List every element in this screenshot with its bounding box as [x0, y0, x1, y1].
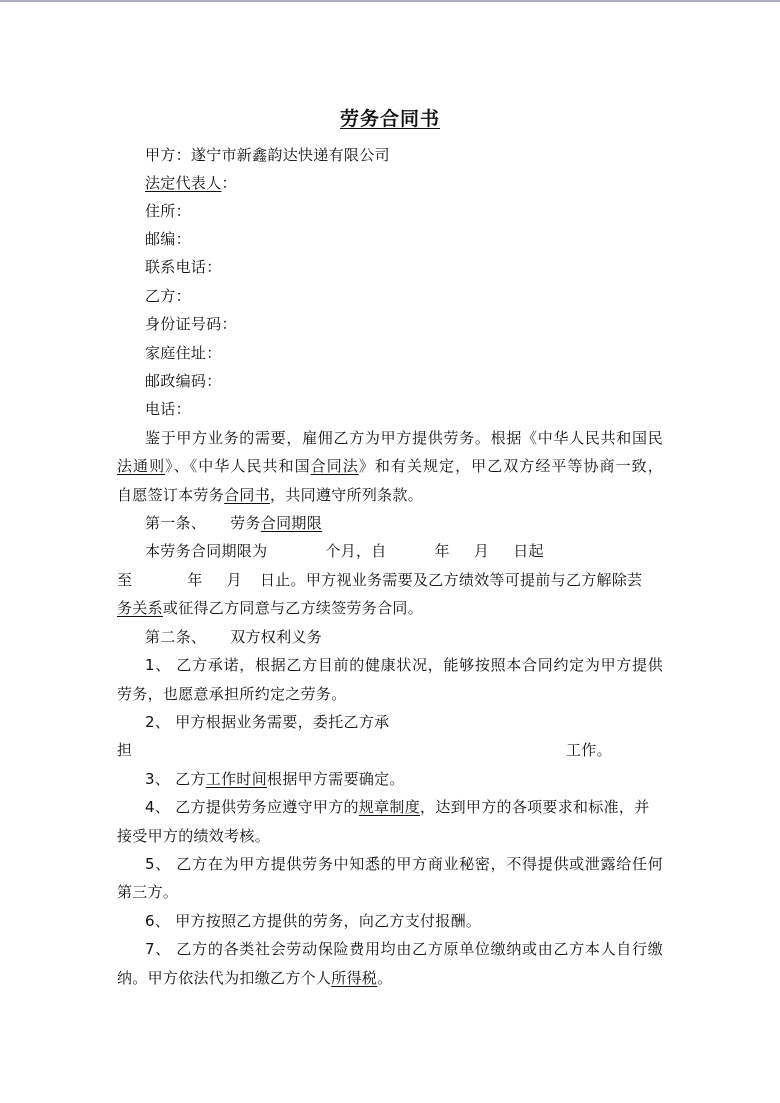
article-2-heading: 第二条、双方权利义务: [145, 627, 322, 647]
contract-book-text: 合同书: [224, 486, 270, 504]
party-a-label: 甲方：: [145, 146, 191, 164]
income-tax-text: 所得税: [331, 969, 377, 987]
representative-line: 法定代表人：: [145, 173, 237, 193]
clause-2-line-1: 2、 甲方根据业务需要，委托乙方承: [145, 712, 389, 732]
clause-5-line-1: 5、 乙方在为甲方提供劳务中知悉的甲方商业秘密，不得提供或泄露给任何: [145, 854, 663, 874]
civil-law-text: 法通则: [117, 457, 165, 475]
term-line-2: 至年月日止。甲方视业务需要及乙方绩效等可提前与乙方解除芸: [117, 570, 642, 590]
text: 或征得乙方同意与乙方续签劳务合同。: [163, 599, 423, 617]
party-b-postcode-label: 邮政编码：: [145, 371, 222, 391]
party-b-label: 乙方：: [145, 286, 191, 306]
article-number: 第一条、: [145, 514, 206, 532]
clause-3-line-1: 3、 乙方工作时间根据甲方需要确定。: [145, 769, 405, 789]
party-b-id-label: 身份证号码：: [145, 314, 237, 334]
text: 自愿签订本劳务: [117, 486, 224, 504]
rules-text: 规章制度: [359, 798, 420, 816]
clause-1-line-2: 劳务，也愿意承担所约定之劳务。: [117, 684, 347, 704]
year-label: 年: [435, 542, 450, 560]
article-title: 双方权利义务: [230, 628, 322, 646]
colon: ：: [222, 174, 237, 192]
clause-7-line-1: 7、 乙方的各类社会劳动保险费用均由乙方原单位缴纳或由乙方本人自行缴: [145, 939, 663, 959]
preamble-line-2: 法通则》、《中华人民共和国合同法》和有关规定，甲乙双方经平等协商一致，: [117, 456, 663, 476]
text: 》和有关规定，甲乙双方经平等协商一致，: [359, 457, 663, 475]
clause-1-line-1: 1、 乙方承诺，根据乙方目前的健康状况，能够按照本合同约定为甲方提供: [145, 655, 663, 675]
document-page: 劳务合同书 甲方：遂宁市新鑫韵达快递有限公司 法定代表人： 住所： 邮编： 联系…: [0, 0, 780, 1103]
party-a-name: 遂宁市新鑫韵达快递有限公司: [191, 146, 390, 164]
month-label: 月: [474, 542, 489, 560]
article-number: 第二条、: [145, 628, 206, 646]
text: ，达到甲方的各项要求和标准，并: [420, 798, 650, 816]
text: 》、《中华人民共和国: [165, 457, 311, 475]
text: 根据甲方需要确定。: [267, 770, 405, 788]
month-label: 月: [227, 571, 242, 589]
term-line-1: 本劳务合同期限为个月，自年月日起: [145, 541, 544, 561]
clause-4-line-1: 4、 乙方提供劳务应遵守甲方的规章制度，达到甲方的各项要求和标准，并: [145, 797, 650, 817]
relationship-text: 务关系: [117, 599, 163, 617]
text: 本劳务合同期限为: [145, 542, 267, 560]
party-a-line: 甲方：遂宁市新鑫韵达快递有限公司: [145, 145, 390, 165]
work-hours-text: 工作时间: [206, 770, 267, 788]
text: 4、 乙方提供劳务应遵守甲方的: [145, 798, 359, 816]
text: 个月，自: [325, 542, 386, 560]
year-label: 年: [187, 571, 202, 589]
contract-law-text: 合同法: [311, 457, 359, 475]
document-title: 劳务合同书: [0, 104, 780, 131]
clause-2-line-2-start: 担: [117, 740, 132, 760]
party-a-address-label: 住所：: [145, 201, 191, 221]
party-a-phone-label: 联系电话：: [145, 257, 222, 277]
clause-7-line-2: 纳。甲方依法代为扣缴乙方个人所得税。: [117, 968, 392, 988]
text: 纳。甲方依法代为扣缴乙方个人: [117, 969, 331, 987]
day-label: 日起: [513, 542, 544, 560]
clause-4-line-2: 接受甲方的绩效考核。: [117, 826, 270, 846]
to-label: 至: [117, 571, 132, 589]
clause-6-line-1: 6、 甲方按照乙方提供的劳务，向乙方支付报酬。: [145, 911, 481, 931]
text: 。: [377, 969, 392, 987]
title-text: 劳务合同书: [340, 108, 440, 130]
preamble-line-1: 鉴于甲方业务的需要，雇佣乙方为甲方提供劳务。根据《中华人民共和国民: [145, 428, 663, 448]
text: 3、 乙方: [145, 770, 206, 788]
clause-2-line-2-end: 工作。: [566, 740, 612, 760]
article-1-heading: 第一条、劳务合同期限: [145, 513, 322, 533]
text: 日止。甲方视业务需要及乙方绩效等可提前与乙方解除芸: [260, 571, 643, 589]
text: ，共同遵守所列条款。: [270, 486, 423, 504]
text: 劳务: [230, 514, 261, 532]
party-b-phone-label: 电话：: [145, 399, 191, 419]
preamble-line-3: 自愿签订本劳务合同书，共同遵守所列条款。: [117, 485, 423, 505]
contract-term-text: 合同期限: [261, 514, 322, 532]
term-line-3: 务关系或征得乙方同意与乙方续签劳务合同。: [117, 598, 423, 618]
party-b-home-address-label: 家庭住址：: [145, 343, 222, 363]
party-a-postcode-label: 邮编：: [145, 229, 191, 249]
clause-5-line-2: 第三方。: [117, 882, 178, 902]
representative-label: 法定代表人: [145, 174, 222, 192]
